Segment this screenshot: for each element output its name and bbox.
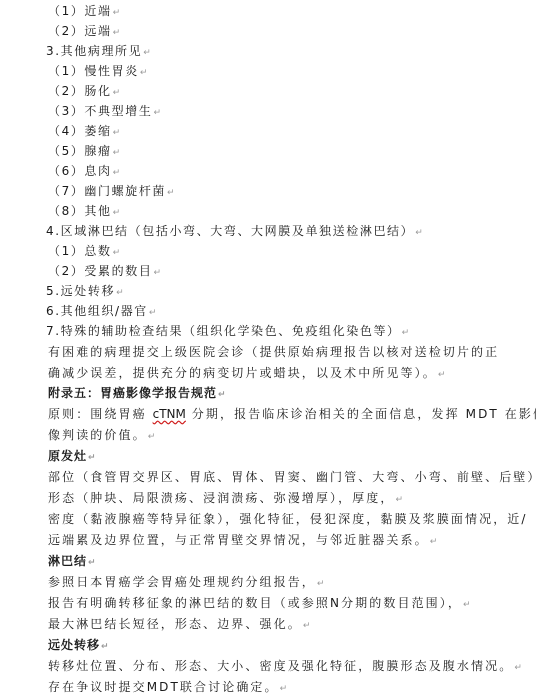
subheading-distant-metastasis: 远处转移↵ [48, 638, 109, 654]
line-text: （3）不典型增生 [48, 104, 152, 118]
paragraph-mark-icon: ↵ [149, 308, 157, 318]
section-heading: 3.其他病理所见↵ [46, 44, 151, 60]
paragraph-mark-icon: ↵ [143, 48, 151, 58]
paragraph-line: 有困难的病理提交上级医院会诊（提供原始病理报告以核对送检切片的正 [48, 345, 499, 359]
paragraph-line: 像判读的价值。↵ [48, 428, 155, 444]
appendix-heading: 附录五：胃癌影像学报告规范↵ [48, 386, 226, 402]
paragraph-line: 存在争议时提交MDT联合讨论确定。↵ [48, 680, 287, 693]
paragraph-mark-icon: ↵ [88, 558, 96, 568]
paragraph-mark-icon: ↵ [430, 537, 438, 547]
paragraph-line: 转移灶位置、分布、形态、大小、密度及强化特征，腹膜形态及腹水情况。↵ [48, 659, 522, 675]
line-text: 原发灶 [48, 449, 87, 463]
principle-line: 原则：围绕胃癌 cTNM 分期，报告临床诊治相关的全面信息，发挥 MDT 在影像… [48, 407, 536, 421]
list-item: （1）总数↵ [48, 244, 120, 260]
line-text: 分期，报告临床诊治相关的全面信息，发挥 MDT 在影像图 [186, 407, 536, 421]
paragraph-mark-icon: ↵ [88, 453, 96, 463]
list-item: （2）受累的数目↵ [48, 264, 161, 280]
section-heading: 6.其他组织/器官↵ [46, 304, 156, 320]
line-text: 转移灶位置、分布、形态、大小、密度及强化特征，腹膜形态及腹水情况。 [48, 659, 513, 673]
line-text: （1）近端 [48, 4, 112, 18]
paragraph-mark-icon: ↵ [153, 108, 161, 118]
paragraph-mark-icon: ↵ [167, 188, 175, 198]
line-text: （8）其他 [48, 204, 112, 218]
line-text: 7.特殊的辅助检查结果（组织化学染色、免疫组化染色等） [46, 324, 401, 338]
line-text: 6.其他组织/器官 [46, 304, 148, 318]
list-item: （2）肠化↵ [48, 84, 120, 100]
document-page: （1）近端↵ （2）远端↵ 3.其他病理所见↵ （1）慢性胃炎↵ （2）肠化↵ … [0, 0, 536, 693]
section-heading: 4.区域淋巴结（包括小弯、大弯、大网膜及单独送检淋巴结）↵ [46, 224, 423, 240]
line-text: 5.远处转移 [46, 284, 115, 298]
line-text: 最大淋巴结长短径，形态、边界、强化。 [48, 617, 302, 631]
line-text: 原则：围绕胃癌 [48, 407, 153, 421]
paragraph-line: 远端累及边界位置，与正常胃壁交界情况，与邻近脏器关系。↵ [48, 533, 437, 549]
paragraph-mark-icon: ↵ [402, 328, 410, 338]
paragraph-mark-icon: ↵ [415, 228, 423, 238]
paragraph-mark-icon: ↵ [140, 68, 148, 78]
list-item: （1）近端↵ [48, 4, 120, 20]
line-text: （5）腺瘤 [48, 144, 112, 158]
paragraph-mark-icon: ↵ [148, 432, 156, 442]
list-item: （2）远端↵ [48, 24, 120, 40]
subheading-primary-lesion: 原发灶↵ [48, 449, 96, 465]
line-text: 确减少误差，提供充分的病变切片或蜡块，以及术中所见等）。 [48, 366, 437, 380]
line-text: 形态（肿块、局限溃疡、浸润溃疡、弥漫增厚），厚度， [48, 491, 395, 505]
paragraph-line: 参照日本胃癌学会胃癌处理规约分组报告，↵ [48, 575, 324, 591]
paragraph-line: 确减少误差，提供充分的病变切片或蜡块，以及术中所见等）。↵ [48, 366, 445, 382]
paragraph-mark-icon: ↵ [113, 128, 121, 138]
list-item: （8）其他↵ [48, 204, 120, 220]
line-text: 部位（食管胃交界区、胃底、胃体、胃窦、幽门管、大弯、小弯、前壁、后壁）， [48, 470, 536, 484]
paragraph-mark-icon: ↵ [514, 663, 522, 673]
line-text: 淋巴结 [48, 554, 87, 568]
line-text: 远端累及边界位置，与正常胃壁交界情况，与邻近脏器关系。 [48, 533, 429, 547]
list-item: （6）息肉↵ [48, 164, 120, 180]
line-text: 附录五：胃癌影像学报告规范 [48, 386, 217, 400]
paragraph-mark-icon: ↵ [113, 248, 121, 258]
line-text: （2）肠化 [48, 84, 112, 98]
list-item: （4）萎缩↵ [48, 124, 120, 140]
line-text: 报告有明确转移征象的淋巴结的数目（或参照N分期的数目范围）， [48, 596, 462, 610]
list-item: （1）慢性胃炎↵ [48, 64, 147, 80]
line-text: （1）慢性胃炎 [48, 64, 139, 78]
paragraph-line: 密度（黏液腺癌等特异征象），强化特征，侵犯深度，黏膜及浆膜面情况，近/ [48, 512, 528, 526]
line-text: （4）萎缩 [48, 124, 112, 138]
section-heading: 7.特殊的辅助检查结果（组织化学染色、免疫组化染色等）↵ [46, 324, 409, 340]
line-text: 存在争议时提交MDT联合讨论确定。 [48, 680, 279, 693]
paragraph-mark-icon: ↵ [218, 390, 226, 400]
paragraph-mark-icon: ↵ [113, 8, 121, 18]
list-item: （3）不典型增生↵ [48, 104, 161, 120]
paragraph-mark-icon: ↵ [153, 268, 161, 278]
paragraph-mark-icon: ↵ [116, 288, 124, 298]
paragraph-line: 报告有明确转移征象的淋巴结的数目（或参照N分期的数目范围），↵ [48, 596, 471, 612]
paragraph-mark-icon: ↵ [113, 208, 121, 218]
line-text: （2）远端 [48, 24, 112, 38]
line-text: （1）总数 [48, 244, 112, 258]
subheading-lymph-nodes: 淋巴结↵ [48, 554, 96, 570]
paragraph-mark-icon: ↵ [463, 600, 471, 610]
paragraph-mark-icon: ↵ [113, 28, 121, 38]
paragraph-mark-icon: ↵ [317, 579, 325, 589]
paragraph-line: 最大淋巴结长短径，形态、边界、强化。↵ [48, 617, 310, 633]
spellcheck-flagged-word[interactable]: cTNM [153, 407, 186, 421]
line-text: （6）息肉 [48, 164, 112, 178]
line-text: 远处转移 [48, 638, 100, 652]
line-text: （7）幽门螺旋杆菌 [48, 184, 166, 198]
paragraph-mark-icon: ↵ [280, 684, 288, 693]
paragraph-mark-icon: ↵ [303, 621, 311, 631]
line-text: 有困难的病理提交上级医院会诊（提供原始病理报告以核对送检切片的正 [48, 345, 499, 359]
paragraph-mark-icon: ↵ [101, 642, 109, 652]
line-text: 像判读的价值。 [48, 428, 147, 442]
line-text: 参照日本胃癌学会胃癌处理规约分组报告， [48, 575, 316, 589]
paragraph-mark-icon: ↵ [113, 148, 121, 158]
line-text: 4.区域淋巴结（包括小弯、大弯、大网膜及单独送检淋巴结） [46, 224, 414, 238]
line-text: 密度（黏液腺癌等特异征象），强化特征，侵犯深度，黏膜及浆膜面情况，近/ [48, 512, 528, 526]
list-item: （5）腺瘤↵ [48, 144, 120, 160]
paragraph-line: 形态（肿块、局限溃疡、浸润溃疡、弥漫增厚），厚度，↵ [48, 491, 403, 507]
paragraph-mark-icon: ↵ [113, 88, 121, 98]
list-item: （7）幽门螺旋杆菌↵ [48, 184, 175, 200]
paragraph-mark-icon: ↵ [113, 168, 121, 178]
line-text: （2）受累的数目 [48, 264, 152, 278]
line-text: 3.其他病理所见 [46, 44, 142, 58]
paragraph-mark-icon: ↵ [438, 370, 446, 380]
paragraph-mark-icon: ↵ [396, 495, 404, 505]
paragraph-line: 部位（食管胃交界区、胃底、胃体、胃窦、幽门管、大弯、小弯、前壁、后壁）， [48, 470, 536, 484]
section-heading: 5.远处转移↵ [46, 284, 124, 300]
